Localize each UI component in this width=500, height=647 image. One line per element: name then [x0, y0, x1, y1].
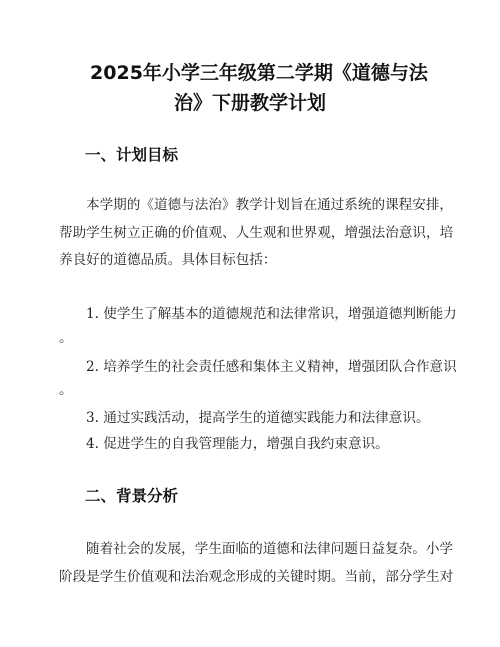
goal-item-1: 1. 使学生了解基本的道德规范和法律常识，增强道德判断能力	[86, 302, 457, 322]
section-1-intro-paragraph: 本学期的《道德与法治》教学计划旨在通过系统的课程安排， 帮助学生树立正确的价值观…	[59, 192, 441, 275]
paragraph-line: 阶段是学生价值观和法治观念形成的关键时期。当前，部分学生对	[59, 564, 441, 592]
goal-item-2: 2. 培养学生的社会责任感和集体主义精神，增强团队合作意识	[86, 355, 457, 375]
paragraph-line: 帮助学生树立正确的价值观、人生观和世界观，增强法治意识，培	[59, 220, 441, 248]
section-2-intro-paragraph: 随着社会的发展，学生面临的道德和法律问题日益复杂。小学 阶段是学生价值观和法治观…	[59, 536, 441, 591]
paragraph-line: 养良好的道德品质。具体目标包括：	[59, 247, 441, 275]
title-line-2: 治》下册教学计划	[60, 88, 440, 118]
goal-item-2-overflow-punctuation: 。	[59, 378, 73, 398]
document-page: 2025年小学三年级第二学期《道德与法 治》下册教学计划 一、计划目标 本学期的…	[0, 0, 500, 647]
document-title: 2025年小学三年级第二学期《道德与法 治》下册教学计划	[60, 58, 440, 118]
goal-item-3: 3. 通过实践活动，提高学生的道德实践能力和法律意识。	[86, 406, 430, 426]
goal-item-1-overflow-punctuation: 。	[59, 326, 73, 346]
paragraph-line: 随着社会的发展，学生面临的道德和法律问题日益复杂。小学	[59, 536, 441, 564]
paragraph-line: 本学期的《道德与法治》教学计划旨在通过系统的课程安排，	[59, 192, 441, 220]
goal-item-4: 4. 促进学生的自我管理能力，增强自我约束意识。	[86, 432, 389, 452]
section-heading-plan-goals: 一、计划目标	[85, 143, 178, 165]
section-heading-background-analysis: 二、背景分析	[85, 484, 178, 506]
title-line-1: 2025年小学三年级第二学期《道德与法	[60, 58, 440, 88]
